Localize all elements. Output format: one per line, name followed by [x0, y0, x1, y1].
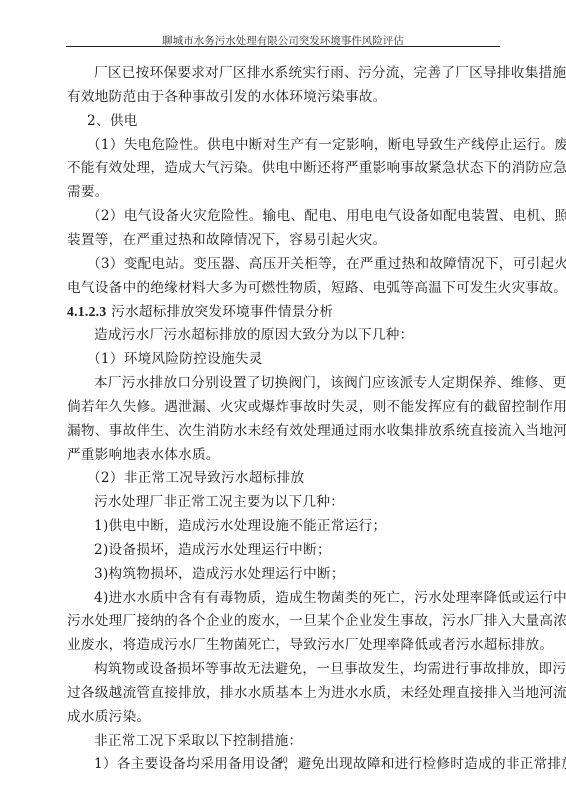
page-number: 40: [0, 755, 566, 765]
text-line: 有效地防范由于各种事故引发的水体环境污染事故。: [67, 86, 499, 110]
text-line: （2）电气设备火灾危险性。输电、配电、用电电气设备如配电装置、电机、照明: [67, 205, 499, 229]
text-line: （2）非正常工况导致污水超标排放: [67, 467, 499, 491]
text-line: （1）失电危险性。供电中断对生产有一定影响，断电导致生产线停止运行。废气: [67, 134, 499, 158]
text-line: 不能有效处理，造成大气污染。供电中断还将严重影响事故紧急状态下的消防应急安全: [67, 157, 499, 181]
text-line: 电气设备中的绝缘材料大多为可燃性物质，短路、电弧等高温下可发生火灾事故。: [67, 277, 499, 301]
header-rule: [66, 46, 500, 47]
page-body: 厂区已按环保要求对厂区排水系统实行雨、污分流，完善了厂区导排收集措施，可有效地防…: [67, 62, 499, 777]
text-line: 2)设备损坏，造成污水处理运行中断；: [67, 539, 499, 563]
text-line: 倘若年久失修。遇泄漏、火灾或爆炸事故时失灵，则不能发挥应有的截留控制作用，泄: [67, 396, 499, 420]
section-number: 4.1.2.3: [67, 304, 106, 319]
text-line: 漏物、事故伴生、次生消防水未经有效处理通过雨水收集排放系统直接流入当地河流，: [67, 420, 499, 444]
text-line: （1）环境风险防控设施失灵: [67, 348, 499, 372]
text-line: 非正常工况下采取以下控制措施：: [67, 730, 499, 754]
text-line: 1)供电中断，造成污水处理设施不能正常运行；: [67, 515, 499, 539]
text-line: 需要。: [67, 181, 499, 205]
text-line: 4)进水水质中含有有毒物质，造成生物菌类的死亡，污水处理率降低或运行中断；: [67, 587, 499, 611]
text-line: 造成污水厂污水超标排放的原因大致分为以下几种：: [67, 324, 499, 348]
text-line: 3)构筑物损坏，造成污水处理运行中断；: [67, 563, 499, 587]
text-line: 厂区已按环保要求对厂区排水系统实行雨、污分流，完善了厂区导排收集措施，可: [67, 62, 499, 86]
section-heading: 4.1.2.3 污水超标排放突发环境事件情景分析: [67, 300, 499, 324]
text-line: 污水处理厂非正常工况主要为以下几种：: [67, 491, 499, 515]
text-line: 本厂污水排放口分别设置了切换阀门，该阀门应该派专人定期保养、维修、更换。: [67, 372, 499, 396]
text-line: 构筑物或设备损坏等事故无法避免，一旦事故发生，均需进行事故排放，即污水通: [67, 658, 499, 682]
text-line: 过各级越流管直接排放，排水水质基本上为进水水质，未经处理直接排入当地河流，造: [67, 682, 499, 706]
text-line: （3）变配电站。变压器、高压开关柜等，在严重过热和故障情况下，可引起火灾，: [67, 253, 499, 277]
text-line: 2、供电: [67, 110, 499, 134]
text-line: 成水质污染。: [67, 706, 499, 730]
text-line: 业废水，将造成污水厂生物菌死亡，导致污水厂处理率降低或者污水超标排放。: [67, 634, 499, 658]
text-line: 严重影响地表水体水质。: [67, 444, 499, 468]
text-line: 装置等，在严重过热和故障情况下，容易引起火灾。: [67, 229, 499, 253]
section-title: 污水超标排放突发环境事件情景分析: [106, 304, 333, 320]
text-line: 污水处理厂接纳的各个企业的废水，一旦某个企业发生事故，污水厂排入大量高浓度工: [67, 610, 499, 634]
